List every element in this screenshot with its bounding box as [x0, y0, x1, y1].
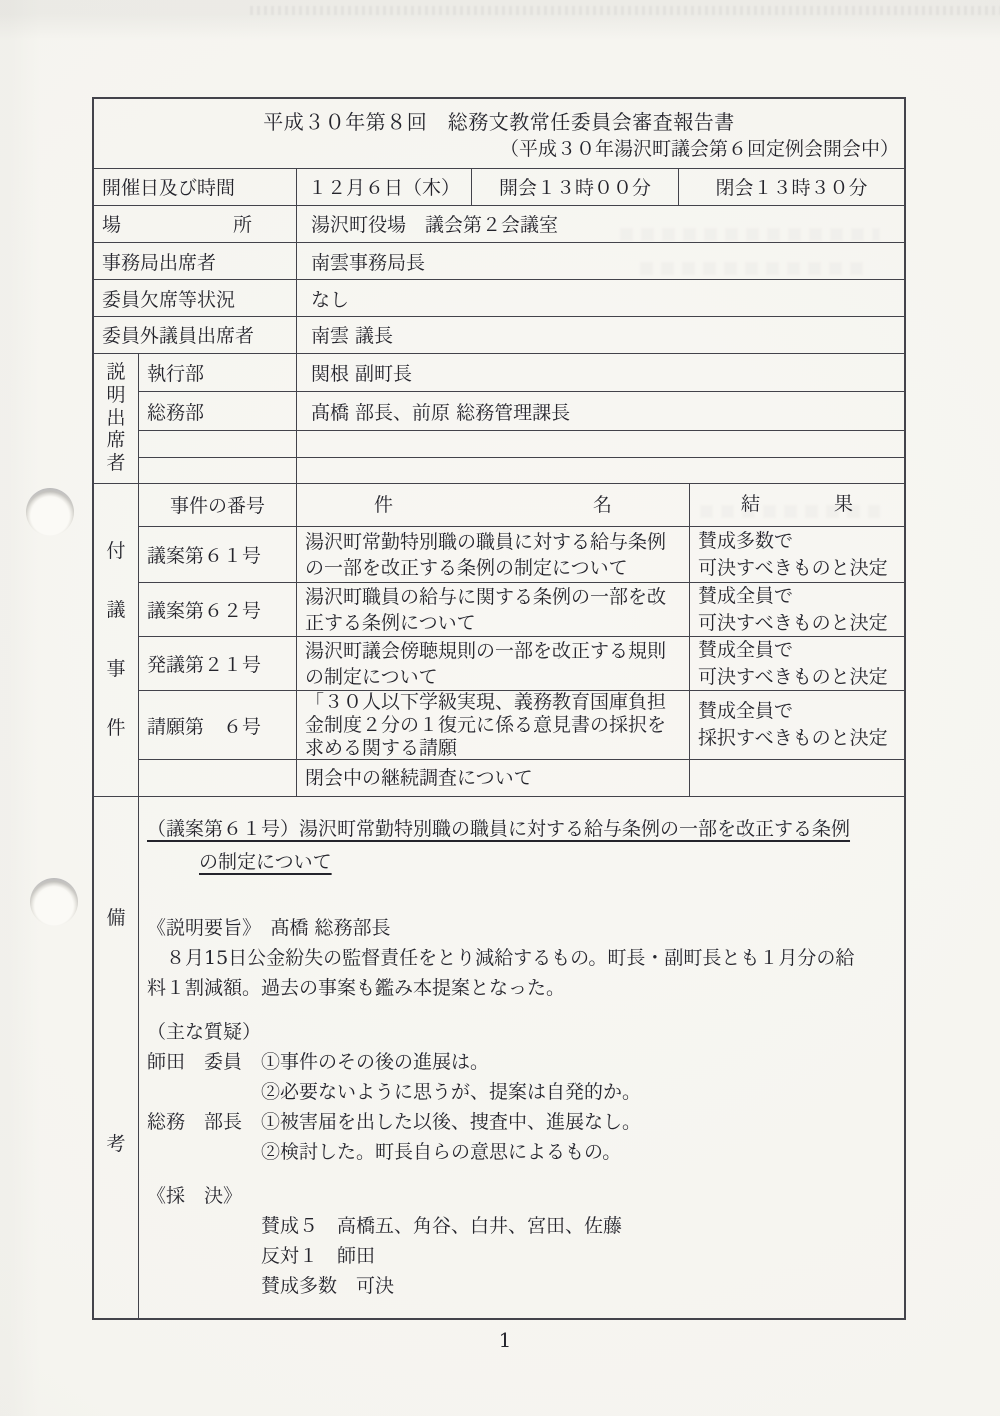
agenda-item-name: 「３０人以下学級実現、義務教育国庫負担金制度２分の１復元に係る意見書の採択を求め…	[297, 691, 690, 759]
explainer-dept: 総務部	[139, 392, 297, 430]
agenda-item-row: 発議第２１号 湯沢町議会傍聴規則の一部を改正する規則の制定について 賛成全員で …	[139, 636, 904, 690]
place-row: 場 所 湯沢町役場 議会第２会議室	[94, 205, 904, 243]
secretariat-row: 事務局出席者 南雲事務局長	[94, 242, 904, 279]
vertical-char: 議	[106, 601, 125, 620]
remarks-line	[147, 1167, 894, 1181]
absence-row: 委員欠席等状況 なし	[94, 279, 904, 316]
result-line: 賛成全員で	[698, 637, 793, 664]
remarks-line: （主な質疑）	[147, 1017, 894, 1047]
header-char: 件	[374, 492, 393, 518]
hole-punch	[30, 878, 78, 926]
explainers-block: 説 明 出 席 者 執行部 関根 副町長 総務部 髙橋 部長、前原 総務管理課長	[94, 353, 904, 483]
schedule-label: 開催日及び時間	[94, 169, 297, 205]
report-subtitle: （平成３０年湯沢町議会第６回定例会開会中）	[94, 136, 904, 163]
agenda-item-row: 議案第６１号 湯沢町常勤特別職の職員に対する給与条例の一部を改正する条例の制定に…	[139, 526, 904, 582]
report-table: 平成３０年第８回 総務文教常任委員会審査報告書 （平成３０年湯沢町議会第６回定例…	[92, 97, 906, 1320]
explainer-names: 髙橋 部長、前原 総務管理課長	[297, 392, 904, 430]
remarks-line: 総務 部長 ①被害届を出した以後、捜査中、進展なし。	[147, 1107, 894, 1137]
absence-label: 委員欠席等状況	[94, 280, 297, 316]
explainer-dept	[139, 458, 297, 483]
explainer-names	[297, 458, 904, 483]
result-line: 賛成全員で	[698, 698, 793, 725]
remarks-block: 備 考 （議案第６１号）湯沢町常勤特別職の職員に対する給与条例の一部を改正する条…	[94, 796, 904, 1318]
remarks-vertical-label: 備 考	[94, 797, 139, 1318]
agenda-item-result	[690, 760, 904, 796]
header-char: 名	[593, 492, 612, 518]
agenda-item-row: 閉会中の継続調査について	[139, 759, 904, 796]
vertical-char: 出	[106, 409, 125, 428]
remarks-line: 《採 決》	[147, 1181, 894, 1211]
explainer-row: 執行部 関根 副町長	[139, 354, 904, 392]
explainer-dept: 執行部	[139, 354, 297, 392]
result-line: 可決すべきものと決定	[698, 610, 888, 637]
agenda-item-name: 湯沢町議会傍聴規則の一部を改正する規則の制定について	[297, 637, 690, 690]
header-char: 結	[741, 491, 760, 518]
vertical-char: 備	[106, 909, 125, 928]
remarks-line: 料１割減額。過去の事案も鑑み本提案となった。	[147, 973, 894, 1003]
agenda-header-result: 結 果	[690, 484, 904, 526]
explainer-names: 関根 副町長	[297, 354, 904, 392]
remarks-content: （議案第６１号）湯沢町常勤特別職の職員に対する給与条例の一部を改正する条例 の制…	[139, 797, 904, 1318]
explainer-row	[139, 430, 904, 457]
remarks-line: 《説明要旨》 髙橋 総務部長	[147, 913, 894, 943]
agenda-item-number: 議案第６２号	[139, 583, 297, 636]
remarks-line	[147, 1003, 894, 1017]
result-line: 賛成多数で	[698, 528, 793, 555]
place-label-start: 場	[102, 210, 121, 237]
scan-artifact	[250, 6, 1000, 15]
vertical-char: 考	[106, 1135, 125, 1154]
place-label-end: 所	[233, 210, 252, 237]
remarks-line: 師田 委員 ①事件のその後の進展は。	[147, 1047, 894, 1077]
explainer-row: 総務部 髙橋 部長、前原 総務管理課長	[139, 391, 904, 430]
agenda-item-result: 賛成全員で 採択すべきものと決定	[690, 691, 904, 759]
result-line: 賛成全員で	[698, 583, 793, 610]
vertical-char: 明	[106, 386, 125, 405]
report-title: 平成３０年第８回 総務文教常任委員会審査報告書	[94, 108, 904, 136]
vertical-char: 事	[106, 660, 125, 679]
agenda-item-name: 湯沢町常勤特別職の職員に対する給与条例の一部を改正する条例の制定について	[297, 527, 690, 582]
vertical-char: 者	[106, 454, 125, 473]
vertical-char: 付	[106, 542, 125, 561]
agenda-item-name: 湯沢町職員の給与に関する条例の一部を改正する条例について	[297, 583, 690, 636]
agenda-vertical-label: 付 議 事 件	[94, 484, 139, 796]
absence-value: なし	[297, 280, 904, 316]
nonmember-value: 南雲 議長	[297, 317, 904, 353]
remarks-line: 反対１ 師田	[147, 1241, 894, 1271]
explainer-names	[297, 431, 904, 457]
schedule-close-time: 閉会１３時３０分	[679, 169, 904, 205]
agenda-item-number: 議案第６１号	[139, 527, 297, 582]
schedule-date: １２月６日（木）	[297, 169, 472, 205]
agenda-header-name: 件 名	[297, 484, 690, 526]
agenda-item-name: 閉会中の継続調査について	[297, 760, 690, 796]
agenda-item-result: 賛成全員で 可決すべきものと決定	[690, 583, 904, 636]
vertical-char: 席	[106, 431, 125, 450]
schedule-open-time: 開会１３時００分	[472, 169, 679, 205]
explainers-vertical-label: 説 明 出 席 者	[94, 354, 139, 483]
agenda-item-number	[139, 760, 297, 796]
result-line: 可決すべきものと決定	[698, 555, 888, 582]
report-header: 平成３０年第８回 総務文教常任委員会審査報告書 （平成３０年湯沢町議会第６回定例…	[94, 99, 904, 168]
remarks-line: ②必要ないように思うが、提案は自発的か。	[147, 1077, 894, 1107]
nonmember-row: 委員外議員出席者 南雲 議長	[94, 316, 904, 353]
nonmember-label: 委員外議員出席者	[94, 317, 297, 353]
header-char: 果	[834, 491, 853, 518]
scanned-report-page: 平成３０年第８回 総務文教常任委員会審査報告書 （平成３０年湯沢町議会第６回定例…	[0, 0, 1000, 1416]
agenda-item-number: 請願第 ６号	[139, 691, 297, 759]
remarks-body: 《説明要旨》 髙橋 総務部長 ８月15日公金紛失の監督責任をとり減給するもの。町…	[147, 913, 894, 1301]
remarks-line: 賛成多数 可決	[147, 1271, 894, 1301]
result-line: 可決すべきものと決定	[698, 664, 888, 691]
remarks-line: 賛成５ 高橋五、角谷、白井、宮田、佐藤	[147, 1211, 894, 1241]
agenda-item-row: 請願第 ６号 「３０人以下学級実現、義務教育国庫負担金制度２分の１復元に係る意見…	[139, 690, 904, 759]
remarks-line: ②検討した。町長自らの意思によるもの。	[147, 1137, 894, 1167]
explainer-dept	[139, 431, 297, 457]
remarks-heading-line2: の制定について	[199, 846, 332, 879]
schedule-row: 開催日及び時間 １２月６日（木） 開会１３時００分 閉会１３時３０分	[94, 168, 904, 205]
agenda-item-number: 発議第２１号	[139, 637, 297, 690]
agenda-header-row: 事件の番号 件 名 結 果	[139, 484, 904, 526]
agenda-item-result: 賛成全員で 可決すべきものと決定	[690, 637, 904, 690]
secretariat-label: 事務局出席者	[94, 243, 297, 279]
explainer-row	[139, 457, 904, 483]
agenda-item-result: 賛成多数で 可決すべきものと決定	[690, 527, 904, 582]
result-line: 採択すべきものと決定	[698, 725, 888, 752]
page-number: 1	[0, 1328, 1000, 1352]
remarks-heading-line1: （議案第６１号）湯沢町常勤特別職の職員に対する給与条例の一部を改正する条例	[147, 813, 894, 846]
agenda-header-number: 事件の番号	[139, 484, 297, 526]
vertical-char: 件	[106, 719, 125, 738]
remarks-line: ８月15日公金紛失の監督責任をとり減給するもの。町長・副町長とも１月分の給	[147, 943, 894, 973]
place-label: 場 所	[94, 206, 297, 243]
place-value: 湯沢町役場 議会第２会議室	[297, 206, 904, 243]
vertical-char: 説	[106, 363, 125, 382]
secretariat-value: 南雲事務局長	[297, 243, 904, 279]
agenda-block: 付 議 事 件 事件の番号 件 名 結	[94, 483, 904, 796]
hole-punch	[26, 488, 74, 536]
agenda-item-row: 議案第６２号 湯沢町職員の給与に関する条例の一部を改正する条例について 賛成全員…	[139, 582, 904, 636]
